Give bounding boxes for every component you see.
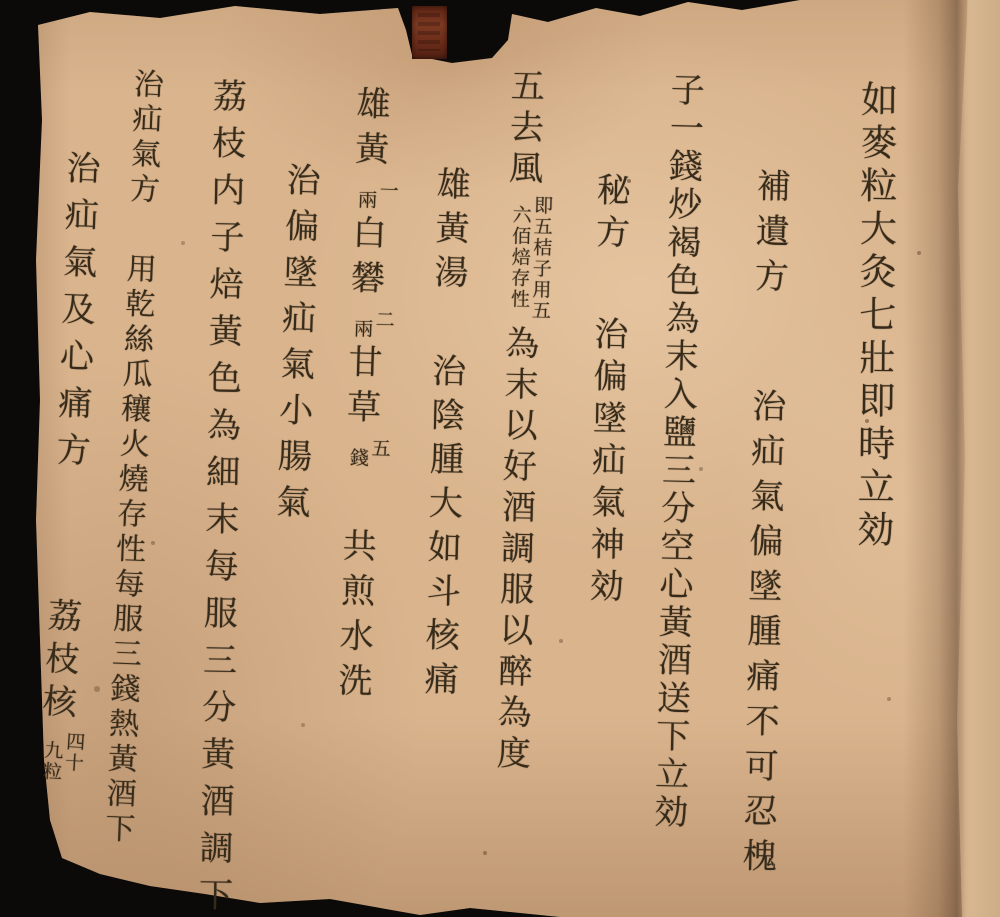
recipe-heading: 治疝氣方	[123, 67, 163, 208]
column-text: 為末以好酒調服以醉為度	[490, 325, 539, 777]
foxing-specks	[0, 0, 2, 2]
column-text: 治陰腫大如斗核痛	[418, 352, 467, 705]
note-right-line: 即五桔子用五	[528, 195, 552, 322]
note-left-line: 錢	[346, 447, 368, 469]
column-text: 共煎水洗	[331, 527, 377, 708]
column-text: 治偏墜疝氣神効	[583, 316, 628, 611]
note-right-line: 五	[368, 438, 390, 470]
note-right-line: 一	[376, 180, 398, 212]
ingredient-name: 白礬	[344, 214, 387, 305]
note-left-line: 兩	[354, 189, 376, 211]
ingredient-name: 雄黃	[348, 85, 391, 176]
ingredient-name: 荔枝核	[35, 596, 83, 727]
note-left-line: 六佰焙存性	[507, 205, 531, 322]
ingredient-name: 甘草	[340, 343, 383, 434]
recipe-heading: 五去風	[502, 67, 545, 191]
dosage-note: 一兩	[354, 179, 398, 211]
recipe-heading: 補遺方	[748, 168, 791, 304]
dosage-note: 五錢	[346, 437, 390, 469]
recipe-heading: 雄黃湯	[427, 166, 470, 299]
note-right-line: 四十	[60, 731, 84, 784]
note-left-line: 九粒	[39, 740, 63, 783]
dosage-note: 四十九粒	[39, 730, 85, 785]
text-column-1: 如麥粒大灸七壯即時立効	[852, 80, 895, 553]
column-text: 如麥粒大灸七壯即時立効	[851, 80, 898, 553]
note-left-line: 兩	[350, 318, 372, 340]
red-seal-label	[412, 6, 447, 59]
text-column-12: 荔枝核四十九粒	[33, 597, 93, 789]
dosage-note: 二兩	[350, 308, 394, 340]
note-right-line: 二	[372, 309, 394, 341]
recipe-heading: 秘方	[589, 172, 630, 257]
interlinear-note: 即五桔子用五六佰焙存性	[507, 195, 552, 322]
text-column-4: 秘方治偏墜疝氣神効	[584, 172, 627, 611]
